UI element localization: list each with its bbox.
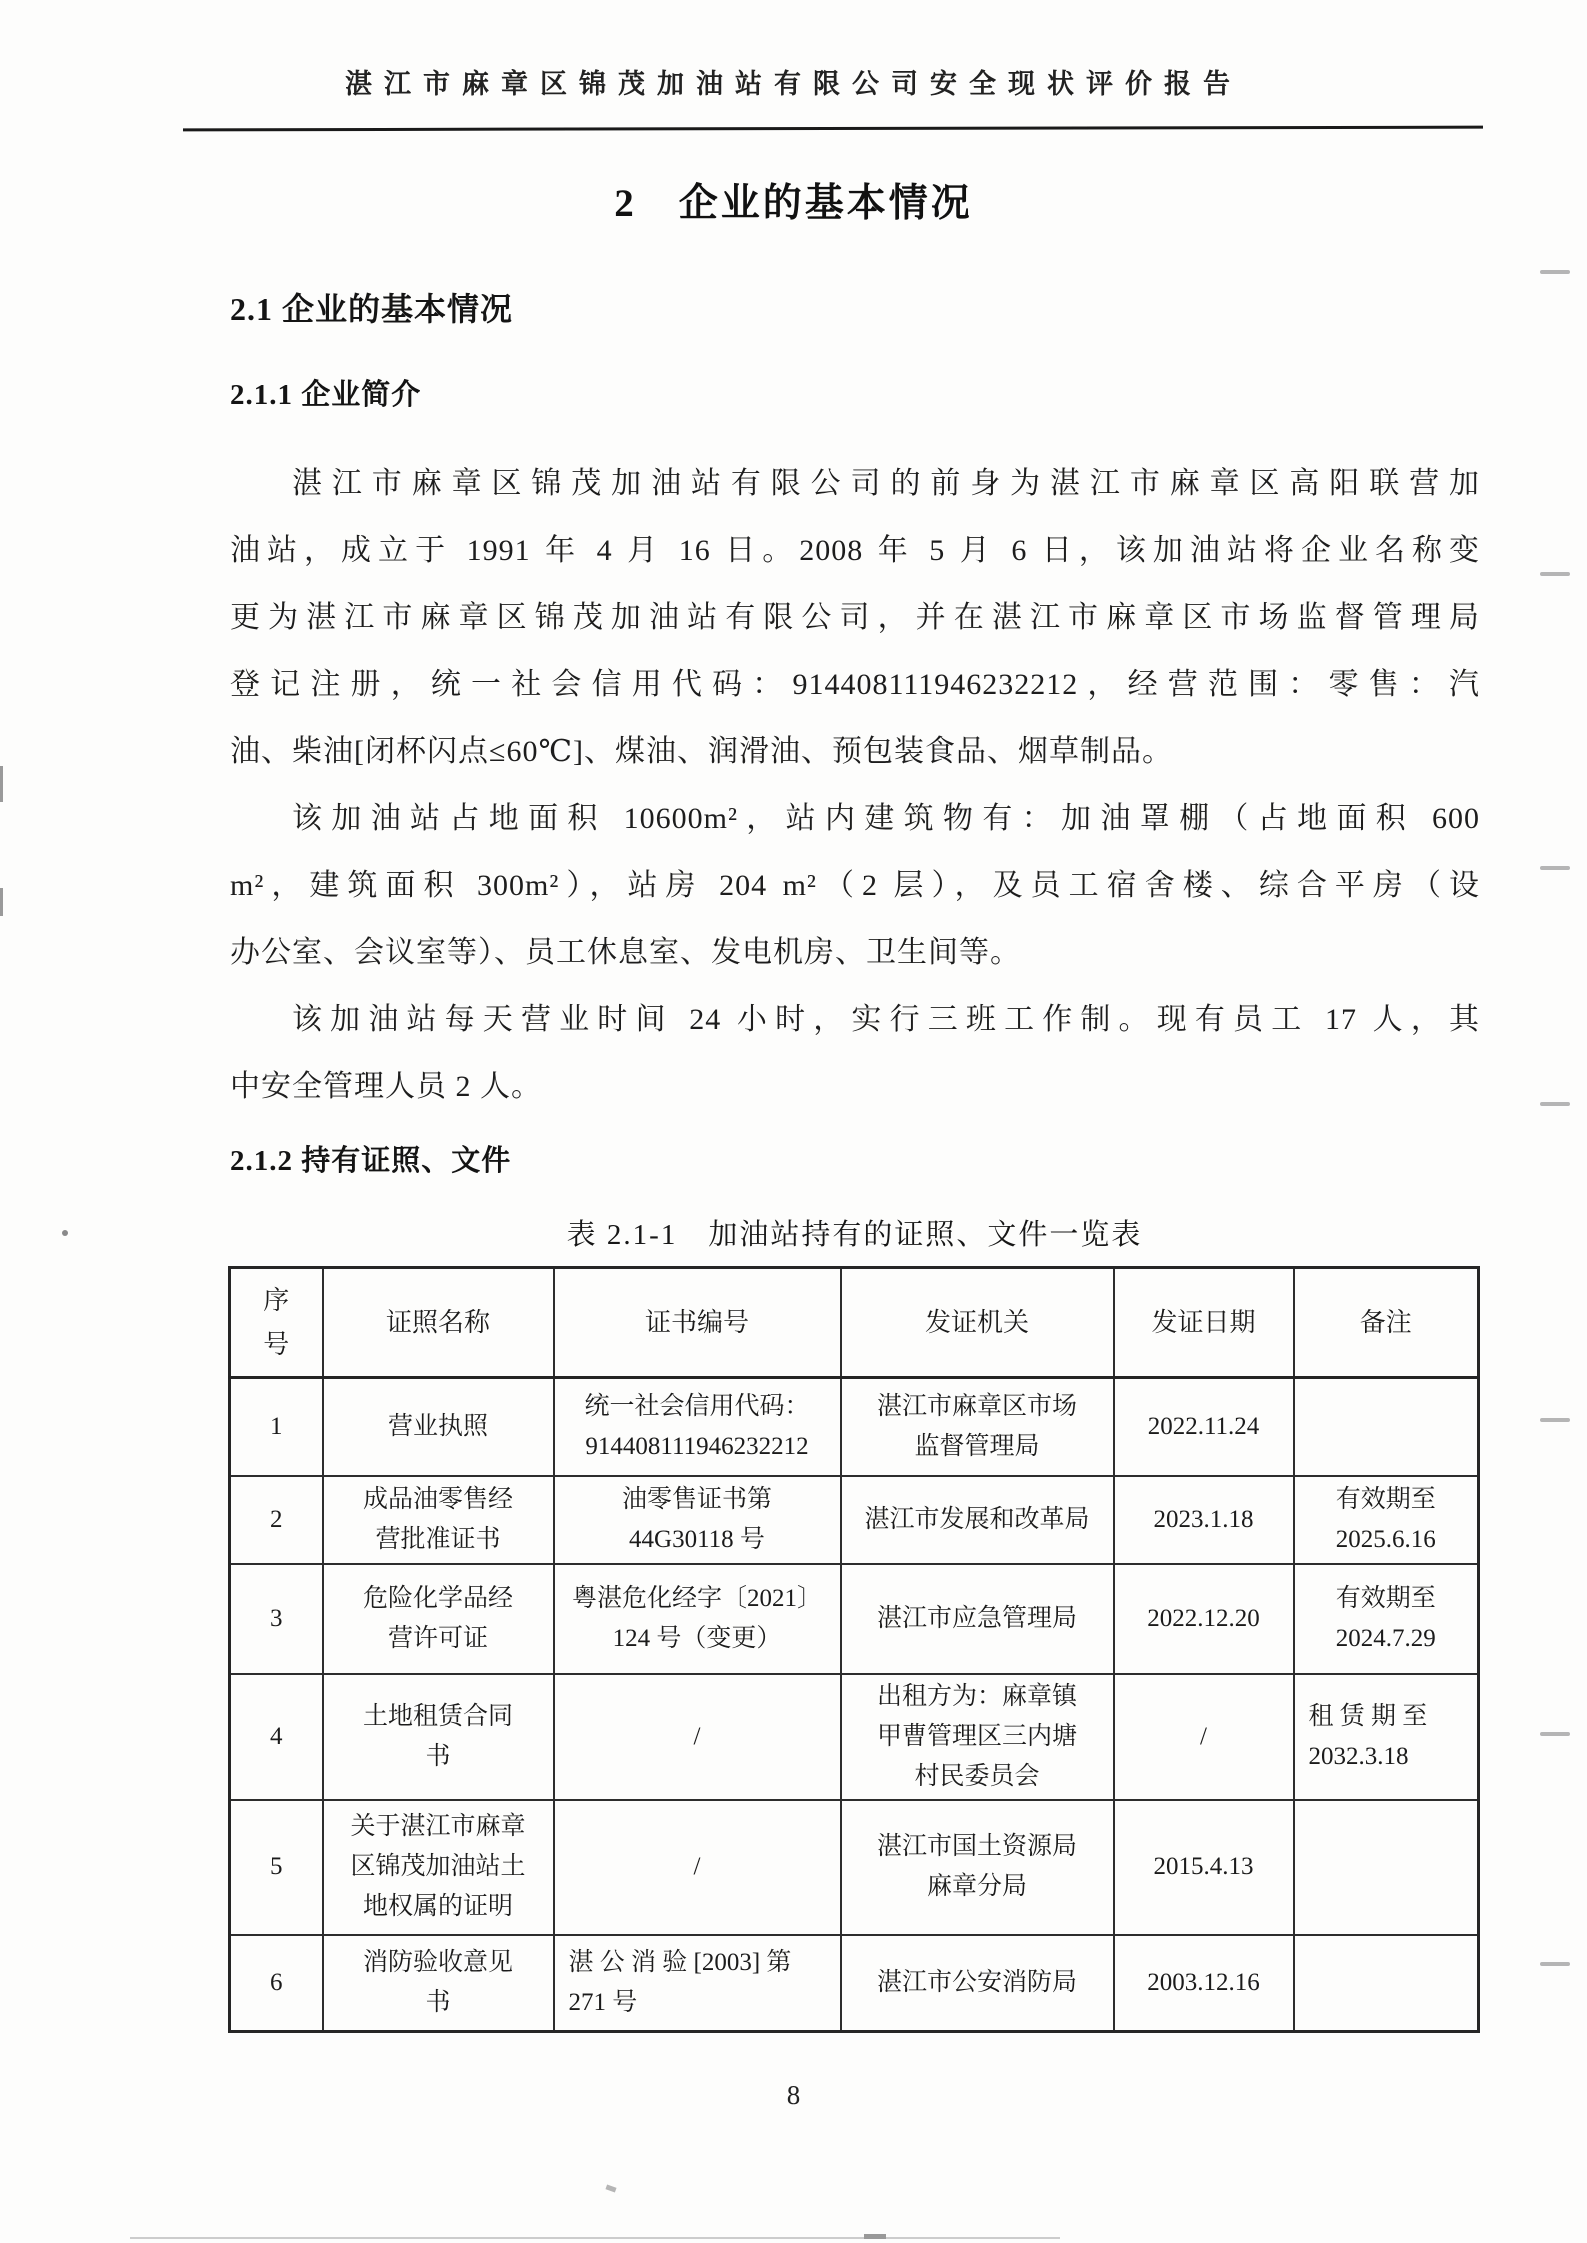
scan-artifact: [1540, 572, 1570, 576]
table-cell: 2023.1.18: [1114, 1476, 1294, 1564]
text-line: 该加油站每天营业时间 24 小时，实行三班工作制。现有员工 17 人，其: [230, 986, 1480, 1053]
column-header: 证照名称: [323, 1268, 554, 1378]
table-cell: 2022.11.24: [1114, 1378, 1294, 1476]
table-cell: 成品油零售经营批准证书: [323, 1476, 554, 1564]
scan-artifact: [1540, 866, 1570, 870]
table-row: 4土地租赁合同书/出租方为：麻章镇甲曹管理区三内塘村民委员会/租 赁 期 至20…: [230, 1674, 1479, 1800]
table-cell: 消防验收意见书: [323, 1935, 554, 2032]
table-cell: 湛江市国土资源局麻章分局: [841, 1800, 1114, 1935]
table-cell: [1294, 1935, 1479, 2032]
text-line: 湛江市麻章区锦茂加油站有限公司的前身为湛江市麻章区高阳联营加: [230, 450, 1480, 517]
table-row: 1营业执照统一社会信用代码：914408111946232212湛江市麻章区市场…: [230, 1378, 1479, 1476]
table-cell: [1294, 1800, 1479, 1935]
table-cell: 土地租赁合同书: [323, 1674, 554, 1800]
table-cell: 租 赁 期 至2032.3.18: [1294, 1674, 1479, 1800]
table-row: 5关于湛江市麻章区锦茂加油站土地权属的证明/湛江市国土资源局麻章分局2015.4…: [230, 1800, 1479, 1935]
column-header: 序号: [230, 1268, 323, 1378]
table-cell: 2022.12.20: [1114, 1564, 1294, 1674]
table-cell: /: [554, 1674, 841, 1800]
table-cell: 4: [230, 1674, 323, 1800]
table-caption: 表 2.1-1 加油站持有的证照、文件一览表: [230, 1212, 1479, 1253]
scan-artifact: [0, 766, 3, 802]
text-line: 登记注册，统一社会信用代码：914408111946232212，经营范围：零售…: [230, 651, 1480, 718]
table-cell: 6: [230, 1935, 323, 2032]
table-cell: 湛江市发展和改革局: [841, 1476, 1114, 1564]
paragraph-staffing: 该加油站每天营业时间 24 小时，实行三班工作制。现有员工 17 人，其中安全管…: [230, 986, 1480, 1120]
table-row: 2成品油零售经营批准证书油零售证书第44G30118 号湛江市发展和改革局202…: [230, 1476, 1479, 1564]
page-number: 8: [0, 2080, 1587, 2111]
table-cell: 湛江市应急管理局: [841, 1564, 1114, 1674]
scan-artifact: [1540, 1962, 1570, 1966]
paragraph-company-intro: 湛江市麻章区锦茂加油站有限公司的前身为湛江市麻章区高阳联营加油站，成立于 199…: [230, 450, 1480, 785]
section-heading-2-1-1: 2.1.1 企业简介: [230, 372, 421, 413]
page-header-title: 湛江市麻章区锦茂加油站有限公司安全现状评价报告: [0, 62, 1587, 101]
table-cell: 3: [230, 1564, 323, 1674]
text-line: 更为湛江市麻章区锦茂加油站有限公司，并在湛江市麻章区市场监督管理局: [230, 584, 1480, 651]
text-line: 办公室、会议室等）、员工休息室、发电机房、卫生间等。: [230, 919, 1480, 986]
table-cell: 油零售证书第44G30118 号: [554, 1476, 841, 1564]
scan-artifact: [1540, 1732, 1570, 1736]
scan-artifact: [0, 888, 3, 916]
table-cell: 营业执照: [323, 1378, 554, 1476]
text-line: m²，建筑面积 300m²），站房 204 m²（2 层），及员工宿舍楼、综合平…: [230, 852, 1480, 919]
document-page: 湛江市麻章区锦茂加油站有限公司安全现状评价报告 2 企业的基本情况 2.1 企业…: [0, 0, 1587, 2243]
table-cell: 统一社会信用代码：914408111946232212: [554, 1378, 841, 1476]
scan-artifact: [1540, 1418, 1570, 1422]
table-cell: 湛 公 消 验 [2003] 第271 号: [554, 1935, 841, 2032]
header-rule: [183, 126, 1483, 132]
scan-artifact: [1540, 270, 1570, 274]
table-cell: 危险化学品经营许可证: [323, 1564, 554, 1674]
table-cell: /: [554, 1800, 841, 1935]
table-cell: 1: [230, 1378, 323, 1476]
table-row: 6消防验收意见书湛 公 消 验 [2003] 第271 号湛江市公安消防局200…: [230, 1935, 1479, 2032]
table-header-row: 序号证照名称证书编号发证机关发证日期备注: [230, 1268, 1479, 1378]
table-cell: 湛江市公安消防局: [841, 1935, 1114, 2032]
table-cell: 2015.4.13: [1114, 1800, 1294, 1935]
table-cell: 湛江市麻章区市场监督管理局: [841, 1378, 1114, 1476]
table-row: 3危险化学品经营许可证粤湛危化经字〔2021〕124 号（变更）湛江市应急管理局…: [230, 1564, 1479, 1674]
paragraph-site-area: 该加油站占地面积 10600m²，站内建筑物有：加油罩棚（占地面积 600m²，…: [230, 785, 1480, 986]
table-cell: 2: [230, 1476, 323, 1564]
table-cell: 出租方为：麻章镇甲曹管理区三内塘村民委员会: [841, 1674, 1114, 1800]
table-cell: 有效期至2025.6.16: [1294, 1476, 1479, 1564]
scan-artifact: [62, 1230, 68, 1236]
text-line: 油、柴油[闭杯闪点≤60℃]、煤油、润滑油、预包装食品、烟草制品。: [230, 718, 1480, 785]
column-header: 发证机关: [841, 1268, 1114, 1378]
table-cell: 5: [230, 1800, 323, 1935]
chapter-title: 2 企业的基本情况: [0, 172, 1587, 228]
column-header: 备注: [1294, 1268, 1479, 1378]
scan-artifact: [605, 2184, 616, 2192]
scan-artifact: [864, 2234, 886, 2239]
licenses-table: 序号证照名称证书编号发证机关发证日期备注 1营业执照统一社会信用代码：91440…: [228, 1266, 1480, 2033]
section-heading-2-1-2: 2.1.2 持有证照、文件: [230, 1138, 511, 1179]
scan-artifact: [1540, 1102, 1570, 1106]
scan-artifact: [130, 2237, 1060, 2239]
text-line: 该加油站占地面积 10600m²，站内建筑物有：加油罩棚（占地面积 600: [230, 785, 1480, 852]
table-cell: /: [1114, 1674, 1294, 1800]
table-cell: 粤湛危化经字〔2021〕124 号（变更）: [554, 1564, 841, 1674]
text-line: 油站，成立于 1991 年 4 月 16 日。2008 年 5 月 6 日，该加…: [230, 517, 1480, 584]
section-heading-2-1: 2.1 企业的基本情况: [230, 284, 513, 330]
text-line: 中安全管理人员 2 人。: [230, 1053, 1480, 1120]
table-cell: [1294, 1378, 1479, 1476]
table-cell: 关于湛江市麻章区锦茂加油站土地权属的证明: [323, 1800, 554, 1935]
table-cell: 有效期至2024.7.29: [1294, 1564, 1479, 1674]
column-header: 证书编号: [554, 1268, 841, 1378]
table-body: 1营业执照统一社会信用代码：914408111946232212湛江市麻章区市场…: [230, 1378, 1479, 2032]
table-cell: 2003.12.16: [1114, 1935, 1294, 2032]
column-header: 发证日期: [1114, 1268, 1294, 1378]
